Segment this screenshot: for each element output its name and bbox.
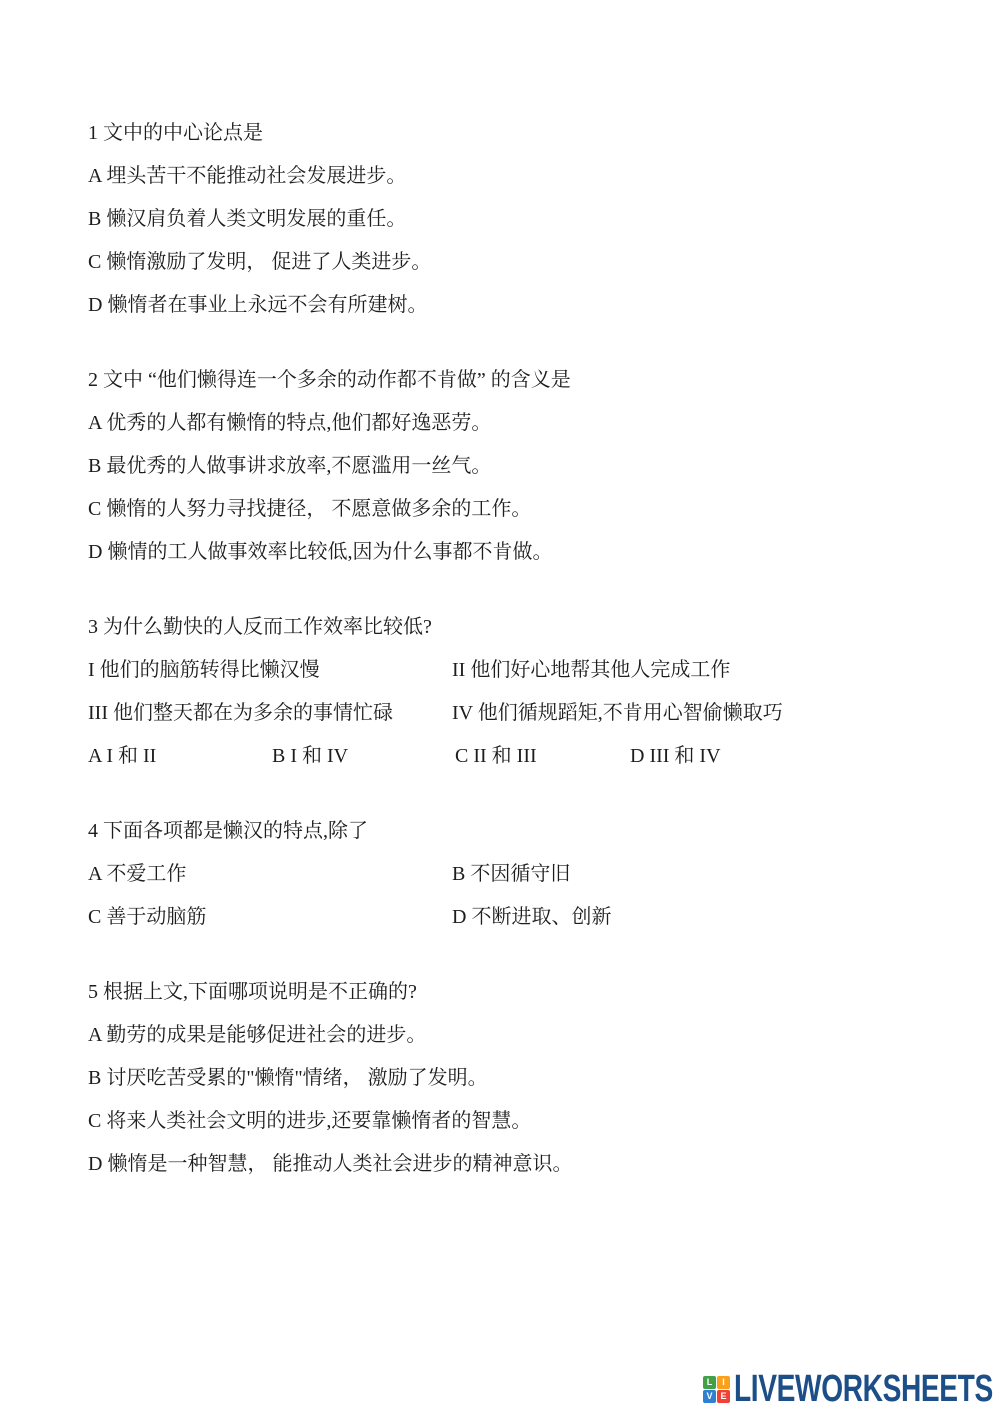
question-5-option-c[interactable]: C 将来人类社会文明的进步,还要靠懒惰者的智慧。 bbox=[88, 1100, 912, 1143]
question-3-option-a[interactable]: A I 和 II bbox=[88, 735, 272, 778]
question-3-option-d[interactable]: D III 和 IV bbox=[630, 735, 912, 778]
question-4-options-row-2: C 善于动脑筋 D 不断进取、创新 bbox=[88, 896, 912, 939]
question-1-option-c[interactable]: C 懒惰激励了发明， 促进了人类进步。 bbox=[88, 241, 912, 284]
logo-square-v: V bbox=[703, 1390, 716, 1403]
question-2-option-d[interactable]: D 懒情的工人做事效率比较低,因为什么事都不肯做。 bbox=[88, 531, 912, 574]
question-3-statement-iv: IV 他们循规蹈矩,不肯用心智偷懒取巧 bbox=[452, 692, 912, 735]
question-5: 5 根据上文,下面哪项说明是不正确的? A 勤劳的成果是能够促进社会的进步。 B… bbox=[88, 971, 912, 1186]
liveworksheets-logo-text: LIVEWORKSHEETS bbox=[734, 1371, 993, 1408]
question-2-option-a[interactable]: A 优秀的人都有懒惰的特点,他们都好逸恶劳。 bbox=[88, 402, 912, 445]
question-5-title: 5 根据上文,下面哪项说明是不正确的? bbox=[88, 971, 912, 1014]
question-3-statement-ii: II 他们好心地帮其他人完成工作 bbox=[452, 649, 912, 692]
question-3: 3 为什么勤快的人反而工作效率比较低? I 他们的脑筋转得比懒汉慢 II 他们好… bbox=[88, 606, 912, 778]
question-3-statements-row-1: I 他们的脑筋转得比懒汉慢 II 他们好心地帮其他人完成工作 bbox=[88, 649, 912, 692]
question-5-option-a[interactable]: A 勤劳的成果是能够促进社会的进步。 bbox=[88, 1014, 912, 1057]
question-3-title: 3 为什么勤快的人反而工作效率比较低? bbox=[88, 606, 912, 649]
liveworksheets-logo-icon: L I V E bbox=[703, 1376, 730, 1403]
worksheet-questions: 1 文中的中心论点是 A 埋头苦干不能推动社会发展进步。 B 懒汉肩负着人类文明… bbox=[88, 112, 912, 1218]
question-4-option-d[interactable]: D 不断进取、创新 bbox=[452, 896, 912, 939]
question-2: 2 文中 “他们懒得连一个多余的动作都不肯做” 的含义是 A 优秀的人都有懒惰的… bbox=[88, 359, 912, 574]
question-4-option-b[interactable]: B 不因循守旧 bbox=[452, 853, 912, 896]
question-2-option-b[interactable]: B 最优秀的人做事讲求放率,不愿滥用一丝气。 bbox=[88, 445, 912, 488]
question-4-option-a[interactable]: A 不爱工作 bbox=[88, 853, 452, 896]
question-4-option-c[interactable]: C 善于动脑筋 bbox=[88, 896, 452, 939]
question-1-option-b[interactable]: B 懒汉肩负着人类文明发展的重任。 bbox=[88, 198, 912, 241]
question-4-title: 4 下面各项都是懒汉的特点,除了 bbox=[88, 810, 912, 853]
question-3-statements-row-2: III 他们整天都在为多余的事情忙碌 IV 他们循规蹈矩,不肯用心智偷懒取巧 bbox=[88, 692, 912, 735]
question-3-statement-i: I 他们的脑筋转得比懒汉慢 bbox=[88, 649, 452, 692]
question-2-title: 2 文中 “他们懒得连一个多余的动作都不肯做” 的含义是 bbox=[88, 359, 912, 402]
question-1: 1 文中的中心论点是 A 埋头苦干不能推动社会发展进步。 B 懒汉肩负着人类文明… bbox=[88, 112, 912, 327]
logo-square-i: I bbox=[717, 1376, 730, 1389]
logo-square-e: E bbox=[717, 1390, 730, 1403]
question-1-option-a[interactable]: A 埋头苦干不能推动社会发展进步。 bbox=[88, 155, 912, 198]
question-4-options-row-1: A 不爱工作 B 不因循守旧 bbox=[88, 853, 912, 896]
question-3-option-b[interactable]: B I 和 IV bbox=[272, 735, 455, 778]
question-4: 4 下面各项都是懒汉的特点,除了 A 不爱工作 B 不因循守旧 C 善于动脑筋 … bbox=[88, 810, 912, 939]
question-5-option-b[interactable]: B 讨厌吃苦受累的"懒惰"情绪， 激励了发明。 bbox=[88, 1057, 912, 1100]
liveworksheets-logo[interactable]: L I V E LIVEWORKSHEETS bbox=[703, 1371, 1000, 1408]
question-3-options-row: A I 和 II B I 和 IV C II 和 III D III 和 IV bbox=[88, 735, 912, 778]
question-3-option-c[interactable]: C II 和 III bbox=[455, 735, 630, 778]
question-5-option-d[interactable]: D 懒惰是一种智慧， 能推动人类社会进步的精神意识。 bbox=[88, 1143, 912, 1186]
question-1-option-d[interactable]: D 懒惰者在事业上永远不会有所建树。 bbox=[88, 284, 912, 327]
question-2-option-c[interactable]: C 懒惰的人努力寻找捷径， 不愿意做多余的工作。 bbox=[88, 488, 912, 531]
question-3-statement-iii: III 他们整天都在为多余的事情忙碌 bbox=[88, 692, 452, 735]
logo-square-l: L bbox=[703, 1376, 716, 1389]
question-1-title: 1 文中的中心论点是 bbox=[88, 112, 912, 155]
